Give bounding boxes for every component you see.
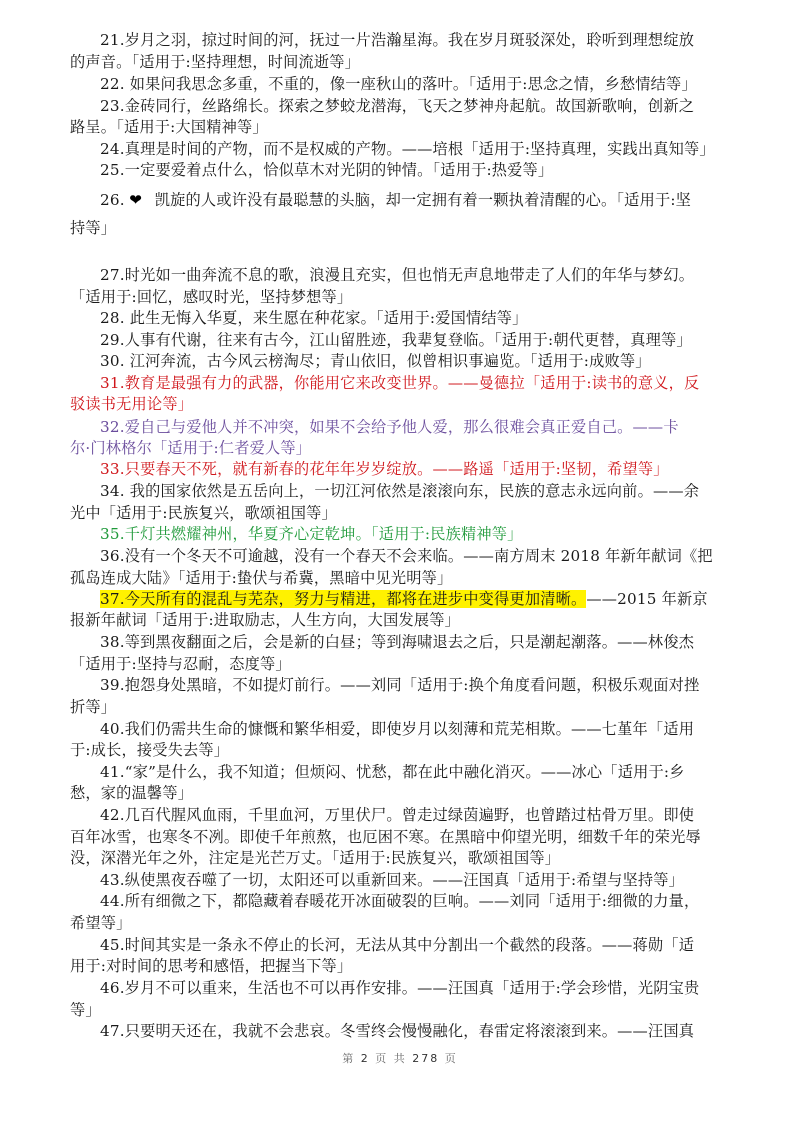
entry-39-line-2: 折等」 bbox=[70, 697, 732, 717]
entry-36-line-2: 孤岛连成大陆》「适用于:蛰伏与希冀，黑暗中见光明等」 bbox=[70, 568, 732, 588]
entry-23-line-1: 23.金砖同行，丝路绵长。探索之梦蛟龙潜海，飞天之梦神舟起航。故国新歌响，创新之 bbox=[70, 96, 732, 116]
entry-26-text: 凯旋的人或许没有最聪慧的头脑，却一定拥有着一颗执着清醒的心。「适用于:坚 bbox=[155, 191, 691, 209]
entry-24-line-1: 24.真理是时间的产物，而不是权威的产物。——培根「适用于:坚持真理，实践出真知… bbox=[70, 139, 732, 159]
page-footer: 第 2 页 共 278 页 bbox=[0, 1050, 800, 1066]
entry-31-line-1: 31.教育是最强有力的武器，你能用它来改变世界。——曼德拉「适用于:读书的意义，… bbox=[70, 373, 732, 393]
entry-21-line-1: 21.岁月之羽，掠过时间的河，抚过一片浩瀚星海。我在岁月斑驳深处，聆听到理想绽放 bbox=[70, 30, 732, 50]
entry-42-line-2: 百年冰雪，也寒冬不冽。即使千年煎熬，也厄困不寒。在黑暗中仰望光明，细数千年的荣光… bbox=[70, 827, 732, 847]
entry-33-line-1: 33.只要春天不死，就有新春的花年年岁岁绽放。——路遥「适用于:坚韧，希望等」 bbox=[70, 459, 732, 479]
entry-36-line-1: 36.没有一个冬天不可逾越，没有一个春天不会来临。——南方周末 2018 年新年… bbox=[70, 546, 732, 566]
entry-34-line-1: 34. 我的国家依然是五岳向上，一切江河依然是滚滚向东，民族的意志永远向前。——… bbox=[70, 481, 732, 501]
entry-37-line-1: 37.今天所有的混乱与芜杂，努力与精进，都将在进步中变得更加清晰。——2015 … bbox=[70, 589, 732, 609]
entry-34-line-2: 光中「适用于:民族复兴，歌颂祖国等」 bbox=[70, 503, 732, 523]
entry-27-line-2: 「适用于:回忆，感叹时光，坚持梦想等」 bbox=[70, 287, 732, 307]
footer-prefix: 第 bbox=[342, 1052, 355, 1065]
entry-40-line-1: 40.我们仍需共生命的慷慨和繁华相爱，即使岁月以刻薄和荒芜相欺。——七堇年「适用 bbox=[70, 719, 732, 739]
entry-35-line-1: 35.千灯共燃耀神州，华夏齐心定乾坤。「适用于:民族精神等」 bbox=[70, 524, 732, 544]
entry-26-number: 26. bbox=[100, 191, 125, 209]
entry-46-line-2: 等」 bbox=[70, 1000, 732, 1020]
entry-30-line-1: 30. 江河奔流，古今风云榜淘尽；青山依旧，似曾相识事遍览。「适用于:成败等」 bbox=[70, 351, 732, 371]
entry-25-line-1: 25.一定要爱着点什么，恰似草木对光阴的钟情。「适用于:热爱等」 bbox=[70, 160, 732, 180]
entry-27-line-1: 27.时光如一曲奔流不息的歌，浪漫且充实，但也悄无声息地带走了人们的年华与梦幻。 bbox=[70, 265, 732, 285]
entry-22-line-1: 22. 如果问我思念多重，不重的，像一座秋山的落叶。「适用于:思念之情，乡愁情结… bbox=[70, 74, 732, 94]
entry-32-line-2: 尔·门林格尔「适用于:仁者爱人等」 bbox=[70, 438, 732, 458]
entry-42-line-3: 没，深潜光年之外，注定是光芒万丈。「适用于:民族复兴，歌颂祖国等」 bbox=[70, 848, 732, 868]
entry-43-line-1: 43.纵使黑夜吞噬了一切，太阳还可以重新回来。——汪国真「适用于:希望与坚持等」 bbox=[70, 870, 732, 890]
entry-21-line-2: 的声音。「适用于:坚持理想，时间流逝等」 bbox=[70, 52, 732, 72]
entry-46-line-1: 46.岁月不可以重来，生活也不可以再作安排。——汪国真「适用于:学会珍惜，光阴宝… bbox=[70, 978, 732, 998]
entry-44-line-2: 希望等」 bbox=[70, 913, 732, 933]
entry-26-line-2: 持等」 bbox=[70, 218, 732, 238]
entry-32-line-1: 32.爱自己与爱他人并不冲突，如果不会给予他人爱，那么很难会真正爱自己。——卡 bbox=[70, 417, 732, 437]
entry-23-line-2: 路呈。「适用于:大国精神等」 bbox=[70, 117, 732, 137]
entry-37-source: ——2015 年新京 bbox=[586, 590, 707, 608]
entry-29-line-1: 29.人事有代谢，往来有古今，江山留胜迹，我辈复登临。「适用于:朝代更替，真理等… bbox=[70, 330, 732, 350]
entry-38-line-1: 38.等到黑夜翻面之后，会是新的白昼；等到海啸退去之后，只是潮起潮落。——林俊杰 bbox=[70, 632, 732, 652]
entry-42-line-1: 42.几百代腥风血雨，千里血河，万里伏尸。曾走过绿茵遍野，也曾踏过枯骨万里。即使 bbox=[70, 805, 732, 825]
heart-icon: ❤ bbox=[127, 190, 145, 210]
entry-47-line-1: 47.只要明天还在，我就不会悲哀。冬雪终会慢慢融化，春雷定将滚滚到来。——汪国真 bbox=[70, 1021, 732, 1041]
entry-31-line-2: 驳读书无用论等」 bbox=[70, 394, 732, 414]
current-page-number: 2 bbox=[361, 1052, 370, 1065]
highlighted-text: 37.今天所有的混乱与芜杂，努力与精进，都将在进步中变得更加清晰。 bbox=[100, 590, 586, 608]
entry-26-line-1: 26.❤凯旋的人或许没有最聪慧的头脑，却一定拥有着一颗执着清醒的心。「适用于:坚 bbox=[70, 190, 732, 210]
entry-38-line-2: 「适用于:坚持与忍耐，态度等」 bbox=[70, 654, 732, 674]
footer-middle: 页 共 bbox=[375, 1052, 407, 1065]
entry-37-line-2: 报新年献词「适用于:进取励志，人生方向，大国发展等」 bbox=[70, 610, 732, 630]
footer-suffix: 页 bbox=[445, 1052, 458, 1065]
total-pages-number: 278 bbox=[412, 1052, 439, 1065]
document-page: 21.岁月之羽，掠过时间的河，抚过一片浩瀚星海。我在岁月斑驳深处，聆听到理想绽放… bbox=[0, 0, 800, 1132]
entry-45-line-1: 45.时间其实是一条永不停止的长河，无法从其中分割出一个截然的段落。——蒋勋「适 bbox=[70, 935, 732, 955]
entry-39-line-1: 39.抱怨身处黑暗，不如提灯前行。——刘同「适用于:换个角度看问题，积极乐观面对… bbox=[70, 675, 732, 695]
entry-41-line-2: 愁，家的温馨等」 bbox=[70, 783, 732, 803]
entry-44-line-1: 44.所有细微之下，都隐藏着春暖花开冰面破裂的巨响。——刘同「适用于:细微的力量… bbox=[70, 891, 732, 911]
entry-45-line-2: 用于:对时间的思考和感悟，把握当下等」 bbox=[70, 956, 732, 976]
entry-40-line-2: 于:成长，接受失去等」 bbox=[70, 740, 732, 760]
entry-28-line-1: 28. 此生无悔入华夏，来生愿在种花家。「适用于:爱国情结等」 bbox=[70, 308, 732, 328]
entry-41-line-1: 41.“家”是什么，我不知道；但烦闷、忧愁，都在此中融化消灭。——冰心「适用于:… bbox=[70, 762, 732, 782]
